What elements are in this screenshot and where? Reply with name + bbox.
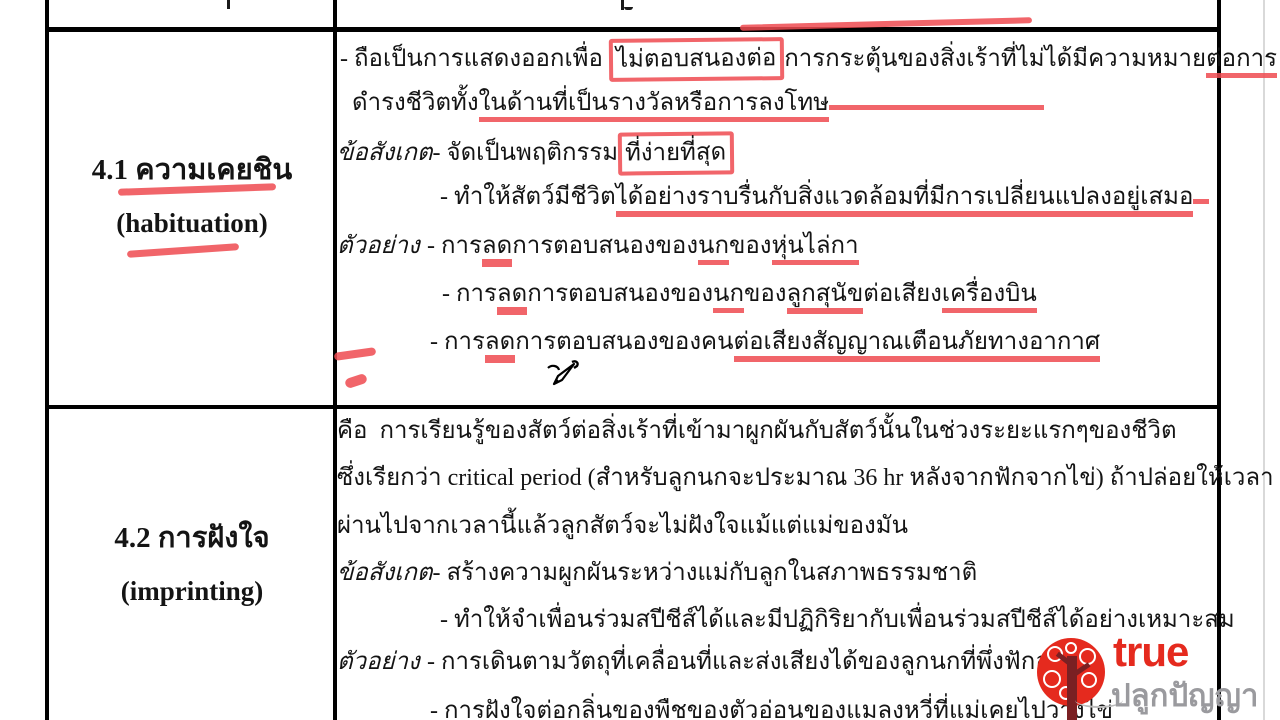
red-underlined-text: ลด [485, 329, 515, 363]
header-row-bottom-border [45, 27, 1221, 32]
red-underlined-text: นก [713, 281, 744, 313]
text-segment: ผ่านไปจากเวลานี้แล้วลูกสัตว์จะไม่ฝังใจแม… [337, 513, 908, 539]
red-marker-stroke [127, 243, 239, 258]
text-line: ผ่านไปจากเวลานี้แล้วลูกสัตว์จะไม่ฝังใจแม… [337, 509, 908, 543]
example-label: ตัวอย่าง [337, 645, 427, 679]
text-segment: - การฝังใจต่อกลิ่นของพืชของตัวอ่อนของแมล… [430, 698, 1113, 720]
red-underlined-text: นก [698, 233, 729, 265]
text-segment: การตอบสนองของ [512, 233, 698, 259]
red-underline-extension [829, 101, 1044, 110]
text-line: - การลดการตอบสนองของนกของลูกสุนัขต่อเสีย… [442, 277, 1037, 311]
text-line: - การฝังใจต่อกลิ่นของพืชของตัวอ่อนของแมล… [430, 694, 1113, 720]
logo-brand-text: true [1113, 628, 1188, 676]
text-segment: ซึ่งเรียกว่า critical period (สำหรับลูกน… [337, 465, 1274, 491]
text-segment: ของ [729, 233, 772, 259]
red-underlined-text: ลด [482, 233, 512, 267]
text-segment: ต่อเสียง [863, 281, 942, 307]
red-marker-blob [344, 373, 368, 389]
logo-doodle [1065, 642, 1077, 654]
red-underlined-text: เครื่องบิน [942, 281, 1037, 313]
text-segment: ดำรงชีวิตทั้ง [352, 90, 479, 116]
red-underline-extension [1193, 195, 1209, 204]
red-underlined-text: ไล่กา [804, 233, 859, 265]
text-segment: - สร้างความผูกผันระหว่างแม่กับลูกในสภาพธ… [433, 560, 978, 586]
logo-tagline-text: ปลูกปัญญา [1111, 670, 1258, 720]
red-underlined-text: ลูกสุนัข [787, 281, 864, 314]
header-glyph-fragment [227, 0, 230, 9]
writing-hand-icon [544, 358, 580, 394]
row1-title: 4.1 ความเคยชิน [48, 146, 336, 192]
red-underlined-text: ได้อย่างราบรื่นกับสิ่งแวดล้อมที่มีการเปล… [616, 184, 1194, 217]
example-label: ตัวอย่าง [337, 229, 427, 263]
text-line: ดำรงชีวิตทั้งในด้านที่เป็นรางวัลหรือการล… [352, 86, 1044, 120]
text-segment: ของ [744, 281, 787, 307]
row2-subtitle: (imprinting) [48, 576, 336, 607]
row1-subtitle: (habituation) [48, 208, 336, 239]
text-segment: - ถือเป็นการแสดงออกเพื่อ [340, 46, 609, 72]
note-label: ข้อสังเกต [337, 556, 433, 590]
text-segment: - การ [427, 233, 482, 259]
red-underlined-text: หุ่น [772, 233, 804, 265]
text-segment: การตอบสนองของ [527, 281, 713, 307]
true-plookpanya-logo: true ปลูกปัญญา [1035, 632, 1280, 720]
red-boxed-text: ที่ง่ายที่สุด [618, 131, 735, 175]
row2-title: 4.2 การฝังใจ [48, 514, 336, 560]
text-line: ข้อสังเกต- จัดเป็นพฤติกรรมที่ง่ายที่สุด [337, 132, 734, 175]
table-left-border [45, 0, 49, 720]
text-segment: - การ [442, 281, 497, 307]
text-line: - ถือเป็นการแสดงออกเพื่อ ไม่ตอบสนองต่อกา… [340, 38, 1277, 81]
text-segment: คือ การเรียนรู้ของสัตว์ต่อสิ่งเร้าที่เข้… [337, 418, 1177, 444]
text-segment: - การ [430, 329, 485, 355]
red-marker-stroke [334, 347, 377, 361]
red-underlined-text: ในด้านที่เป็นรางวัลหรือการลงโทษ [479, 90, 830, 122]
red-underlined-text: ลด [497, 281, 527, 315]
text-segment: - การเดินตามวัตถุที่เคลื่อนที่และส่งเสีย… [427, 649, 1093, 675]
red-underlined-text: ต่อเสียงสัญญาณเตือนภัยทางอากาศ [734, 329, 1101, 362]
logo-doodle [1043, 670, 1061, 688]
red-boxed-text: ไม่ตอบสนองต่อ [609, 37, 785, 82]
text-line: คือ การเรียนรู้ของสัตว์ต่อสิ่งเร้าที่เข้… [337, 414, 1177, 448]
logo-doodle [1081, 672, 1097, 688]
text-line: ข้อสังเกต- สร้างความผูกผันระหว่างแม่กับล… [337, 556, 977, 590]
text-line: ซึ่งเรียกว่า critical period (สำหรับลูกน… [337, 461, 1274, 495]
text-segment: การตอบสนองของคน [515, 329, 733, 355]
text-line: ตัวอย่าง- การลดการตอบสนองของนกของหุ่นไล่… [337, 229, 859, 263]
header-glyph-fragment [624, 7, 633, 10]
text-segment: การกระตุ้นของสิ่งเร้าที่ไม่ได้มีความหมาย [784, 46, 1206, 72]
text-line: ตัวอย่าง- การเดินตามวัตถุที่เคลื่อนที่แล… [337, 645, 1093, 679]
text-segment: - จัดเป็นพฤติกรรม [433, 140, 619, 166]
text-line: - การลดการตอบสนองของคนต่อเสียงสัญญาณเตือ… [430, 325, 1100, 359]
row-divider [45, 405, 1221, 409]
note-label: ข้อสังเกต [337, 136, 433, 170]
red-underlined-text: ต่อการ [1206, 46, 1277, 78]
text-line: - ทำให้สัตว์มีชีวิตได้อย่างราบรื่นกับสิ่… [440, 180, 1209, 214]
document-page: { "colors": { "annotation_red": "#ee4a50… [0, 0, 1280, 720]
text-segment: - ทำให้สัตว์มีชีวิต [440, 184, 616, 210]
page-edge-line [1263, 0, 1265, 720]
